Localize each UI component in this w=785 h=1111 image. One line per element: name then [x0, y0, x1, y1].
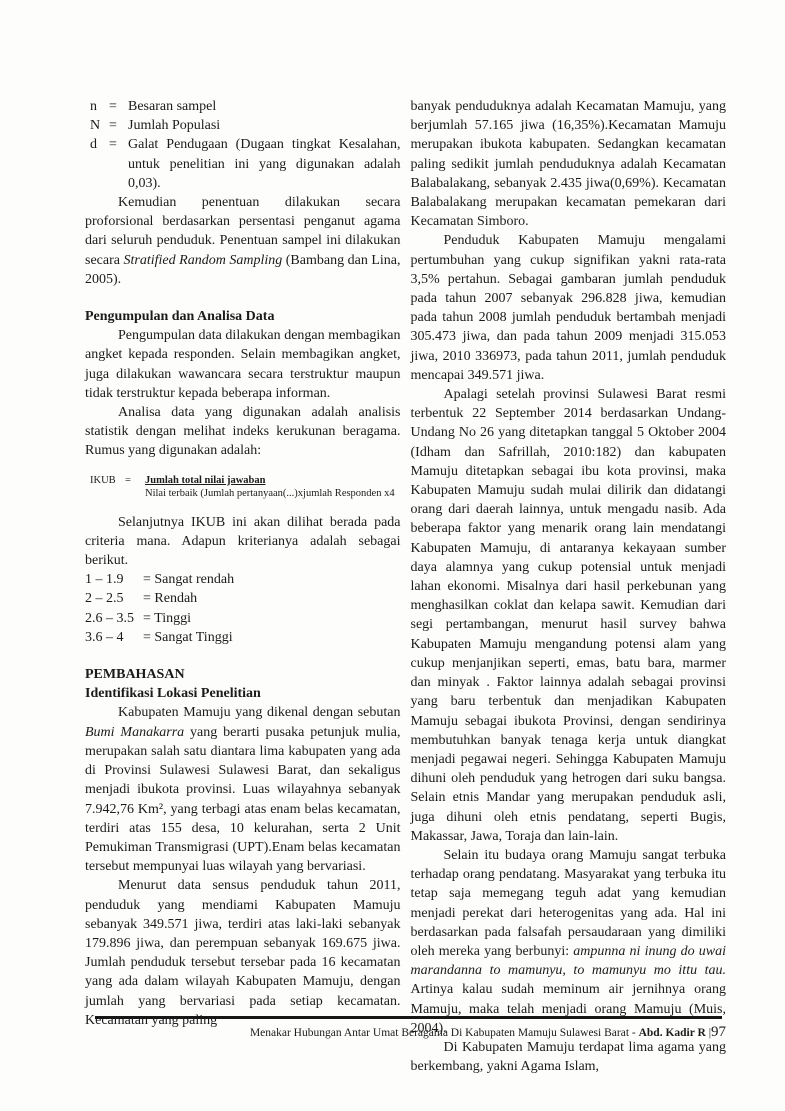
paragraph-kabupaten-start: Kabupaten Mamuju yang dikenal dengan seb…: [118, 705, 401, 720]
two-column-body: n = Besaran sampel N = Jumlah Populasi d…: [85, 97, 726, 1076]
definition-text: Galat Pendugaan (Dugaan tingkat Kesalaha…: [128, 135, 401, 193]
criteria-range: 2.6 – 3.5: [85, 609, 143, 628]
footer-running-title: Menakar Hubungan Antar Umat Beragama Di …: [85, 1024, 726, 1041]
definition-equals: =: [109, 97, 128, 116]
criteria-label: = Rendah: [143, 589, 401, 608]
formula-fraction: Jumlah total nilai jawaban Nilai terbaik…: [145, 474, 395, 501]
paragraph-kabupaten: Kabupaten Mamuju yang dikenal dengan seb…: [85, 703, 401, 876]
criteria-label: = Sangat Tinggi: [143, 628, 401, 647]
paper-page: n = Besaran sampel N = Jumlah Populasi d…: [0, 0, 785, 1111]
footer-divider: [95, 1016, 722, 1019]
variable-definitions: n = Besaran sampel N = Jumlah Populasi d…: [85, 97, 401, 193]
criteria-range: 3.6 – 4: [85, 628, 143, 647]
subsection-heading-identifikasi: Identifikasi Lokasi Penelitian: [85, 684, 401, 703]
criteria-range: 1 – 1.9: [85, 570, 143, 589]
criteria-label: = Sangat rendah: [143, 570, 401, 589]
paragraph-sampling: Kemudian penentuan dilakukan secara prof…: [85, 193, 401, 289]
definition-symbol: N: [85, 116, 109, 135]
criteria-item: 2 – 2.5 = Rendah: [85, 589, 401, 608]
paragraph-di-kabupaten: Di Kabupaten Mamuju terdapat lima agama …: [411, 1038, 727, 1076]
paragraph-selain-start: Selain itu budaya orang Mamuju sangat te…: [411, 848, 727, 959]
criteria-item: 1 – 1.9 = Sangat rendah: [85, 570, 401, 589]
paragraph-banyak: banyak penduduknya adalah Kecamatan Mamu…: [411, 97, 727, 231]
paragraph-kabupaten-italic: Bumi Manakarra: [85, 725, 184, 740]
footer-page-number: 97: [711, 1024, 726, 1040]
right-column: banyak penduduknya adalah Kecamatan Mamu…: [411, 97, 727, 1076]
formula-denominator: Nilai terbaik (Jumlah pertanyaan(...)xju…: [145, 487, 395, 501]
paragraph-sampling-italic: Stratified Random Sampling: [124, 253, 283, 268]
section-heading-pengumpulan: Pengumpulan dan Analisa Data: [85, 307, 401, 326]
criteria-item: 3.6 – 4 = Sangat Tinggi: [85, 628, 401, 647]
left-column: n = Besaran sampel N = Jumlah Populasi d…: [85, 97, 401, 1076]
paragraph-pengumpulan: Pengumpulan data dilakukan dengan membag…: [85, 326, 401, 403]
formula-label: IKUB: [85, 474, 125, 501]
section-heading-pembahasan: PEMBAHASAN: [85, 665, 401, 684]
definition-symbol: n: [85, 97, 109, 116]
definition-symbol: d: [85, 135, 109, 193]
paragraph-analisa: Analisa data yang digunakan adalah anali…: [85, 403, 401, 461]
paragraph-selain: Selain itu budaya orang Mamuju sangat te…: [411, 846, 727, 1038]
paragraph-sensus: Menurut data sensus penduduk tahun 2011,…: [85, 876, 401, 1030]
paragraph-kabupaten-end: yang berarti pusaka petunjuk mulia, meru…: [85, 725, 401, 874]
definition-equals: =: [109, 116, 128, 135]
formula-equals: =: [125, 474, 145, 501]
paragraph-penduduk: Penduduk Kabupaten Mamuju mengalami pert…: [411, 231, 727, 385]
ikub-formula: IKUB = Jumlah total nilai jawaban Nilai …: [85, 474, 401, 501]
criteria-list: 1 – 1.9 = Sangat rendah 2 – 2.5 = Rendah…: [85, 570, 401, 647]
footer-title: Menakar Hubungan Antar Umat Beragama Di …: [250, 1027, 639, 1039]
criteria-label: = Tinggi: [143, 609, 401, 628]
formula-numerator: Jumlah total nilai jawaban: [145, 474, 395, 488]
footer-author: Abd. Kadir R: [639, 1027, 706, 1039]
definition-text: Jumlah Populasi: [128, 116, 401, 135]
definition-equals: =: [109, 135, 128, 193]
paragraph-selanjutnya: Selanjutnya IKUB ini akan dilihat berada…: [85, 513, 401, 571]
criteria-range: 2 – 2.5: [85, 589, 143, 608]
paragraph-apalagi: Apalagi setelah provinsi Sulawesi Barat …: [411, 385, 727, 846]
criteria-item: 2.6 – 3.5 = Tinggi: [85, 609, 401, 628]
definition-text: Besaran sampel: [128, 97, 401, 116]
